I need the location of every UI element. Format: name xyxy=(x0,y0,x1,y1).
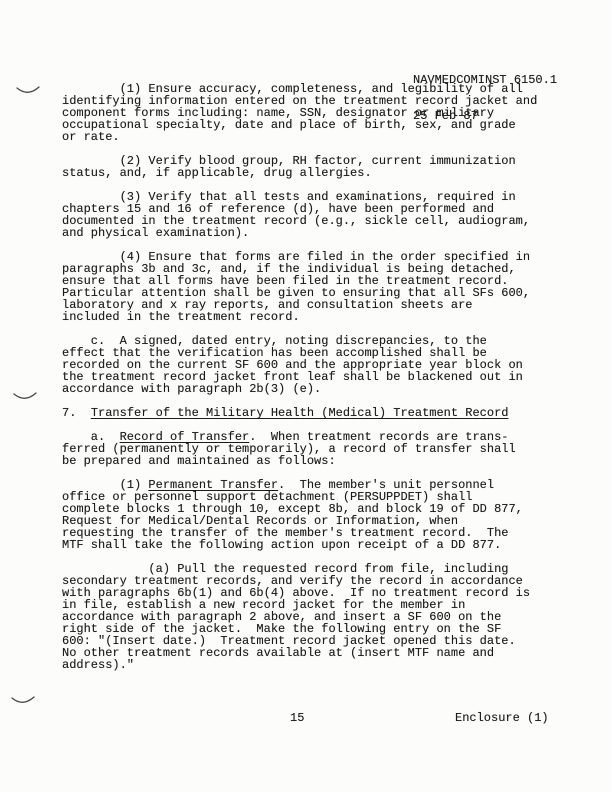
para-7a: a. Record of Transfer. When treatment re… xyxy=(62,431,562,467)
section-7-number: 7. xyxy=(62,406,91,420)
section-7-heading: 7. Transfer of the Military Health (Medi… xyxy=(62,407,562,419)
binder-mark-icon xyxy=(16,85,40,97)
section-7-title: Transfer of the Military Health (Medical… xyxy=(91,406,509,420)
binder-mark-icon xyxy=(11,695,35,707)
para-b3: (3) Verify that all tests and examinatio… xyxy=(62,191,562,239)
document-body: (1) Ensure accuracy, completeness, and l… xyxy=(62,83,562,683)
para-7a1-text: . The member's unit personnel office or … xyxy=(62,478,523,552)
para-b2: (2) Verify blood group, RH factor, curre… xyxy=(62,155,562,179)
para-b1: (1) Ensure accuracy, completeness, and l… xyxy=(62,83,562,143)
binder-mark-icon xyxy=(13,391,37,403)
para-7a1: (1) Permanent Transfer. The member's uni… xyxy=(62,479,562,551)
page-number: 15 xyxy=(290,712,304,724)
para-7a1a: (a) Pull the requested record from file,… xyxy=(62,563,562,671)
para-c: c. A signed, dated entry, noting discrep… xyxy=(62,335,562,395)
document-page: NAVMEDCOMINST 6150.1 25 Feb 87 (1) Ensur… xyxy=(0,0,612,792)
enclosure-label: Enclosure (1) xyxy=(455,712,549,724)
para-b4: (4) Ensure that forms are filed in the o… xyxy=(62,251,562,323)
